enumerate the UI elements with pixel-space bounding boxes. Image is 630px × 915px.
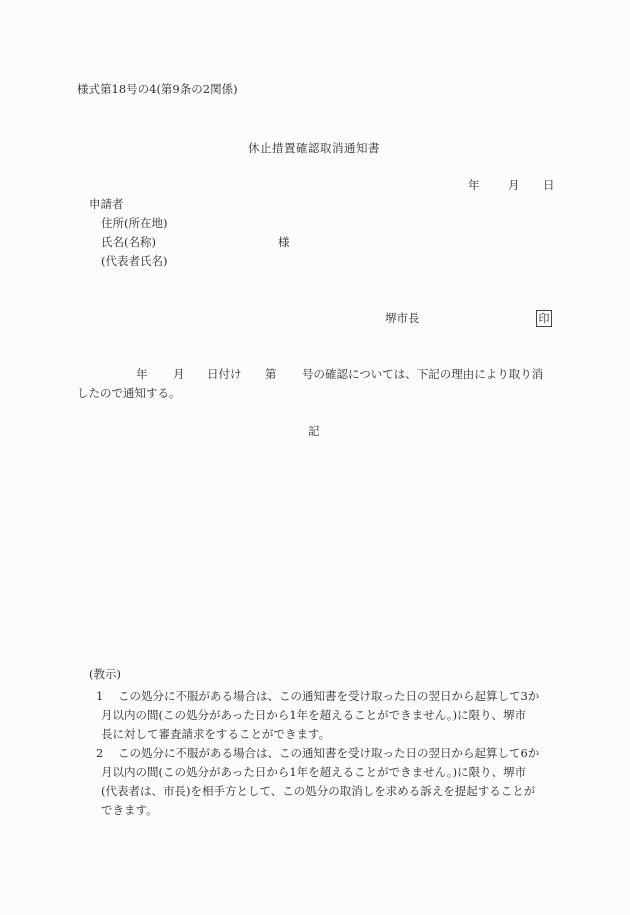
date-day-label: 日	[543, 180, 555, 192]
instruction-item-number: 2	[96, 744, 118, 763]
body-line-1-rest: 号の確認については、下記の理由により取り消	[302, 369, 543, 381]
body-line-1: 年月日付け第号の確認については、下記の理由により取り消	[136, 369, 543, 381]
body-date-suffix: 日付け	[207, 369, 265, 381]
name-label: 氏名(名称)	[101, 237, 156, 249]
form-id: 様式第18号の4(第9条の2関係)	[77, 84, 238, 96]
address-label: 住所(所在地)	[101, 218, 167, 230]
instruction-item-first-line: この処分に不服がある場合は、この通知書を受け取った日の翌日から起算して3か	[118, 689, 539, 703]
body-line-2: したので通知する。	[77, 388, 181, 400]
instruction-item-first-line: この処分に不服がある場合は、この通知書を受け取った日の翌日から起算して6か	[118, 746, 539, 760]
instruction-item-2: 2この処分に不服がある場合は、この通知書を受け取った日の翌日から起算して6か 月…	[96, 744, 552, 820]
seal-icon: 印	[536, 310, 552, 327]
date-month-label: 月	[508, 180, 543, 192]
date-year-label: 年	[468, 180, 508, 192]
instruction-item-continuation: 月以内の間(この処分があった日から1年を超えることができません。)に限り、堺市	[96, 706, 552, 725]
representative-label: (代表者氏名)	[101, 256, 167, 268]
instruction-label: (教示)	[89, 669, 121, 681]
body-number-prefix: 第	[265, 369, 302, 381]
instruction-item-continuation: 長に対して審査請求をすることができます。	[96, 725, 552, 744]
instruction-item-number: 1	[96, 687, 118, 706]
issue-date: 年月日	[468, 180, 555, 192]
instruction-item-continuation: (代表者は、市長)を相手方として、この処分の取消しを求める訴えを提起することが	[96, 782, 552, 801]
body-month-label: 月	[173, 369, 207, 381]
honorific: 様	[278, 237, 290, 249]
instruction-item-continuation: できます。	[96, 801, 552, 820]
applicant-label: 申請者	[89, 199, 124, 211]
issuer-title: 堺市長	[385, 313, 420, 325]
document-title: 休止措置確認取消通知書	[248, 143, 380, 155]
instruction-item-1: 1この処分に不服がある場合は、この通知書を受け取った日の翌日から起算して3か 月…	[96, 687, 552, 744]
instruction-item-continuation: 月以内の間(この処分があった日から1年を超えることができません。)に限り、堺市	[96, 763, 552, 782]
body-year-label: 年	[136, 369, 173, 381]
ki-heading: 記	[308, 426, 320, 438]
